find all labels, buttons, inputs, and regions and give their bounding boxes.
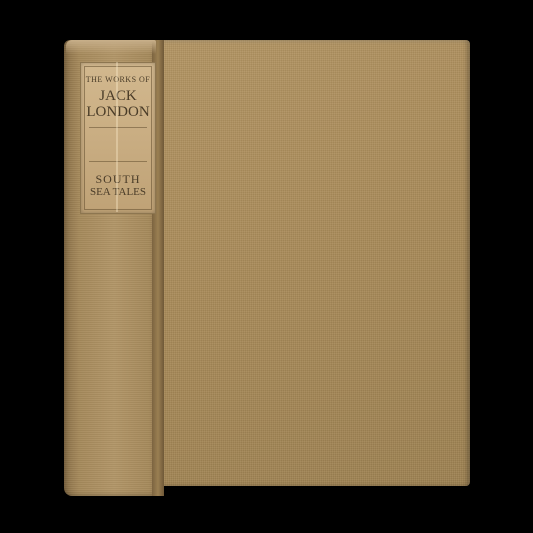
label-works-of: THE WORKS OF bbox=[81, 75, 155, 84]
label-author-last: LONDON bbox=[81, 105, 155, 120]
label-title-line1: SOUTH bbox=[81, 173, 155, 185]
label-title-line2: SEA TALES bbox=[81, 187, 155, 198]
label-rule bbox=[89, 161, 147, 162]
label-tear bbox=[116, 62, 118, 212]
label-author-first: JACK bbox=[81, 89, 155, 104]
front-cover bbox=[158, 40, 470, 486]
label-rule bbox=[89, 127, 147, 128]
book-photo: THE WORKS OF JACK LONDON SOUTH SEA TALES bbox=[0, 0, 533, 533]
spine-label: THE WORKS OF JACK LONDON SOUTH SEA TALES bbox=[80, 62, 156, 214]
spine-wear bbox=[66, 40, 156, 54]
